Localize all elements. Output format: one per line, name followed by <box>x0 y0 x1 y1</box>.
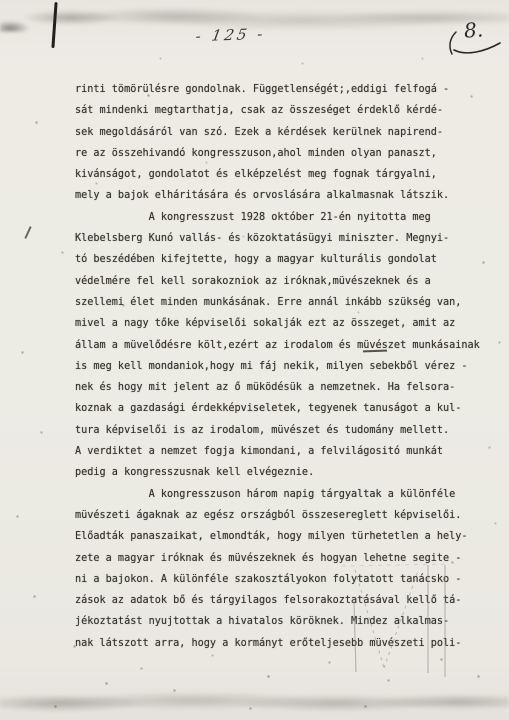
text-line: mely a bajok elháritására és orvoslására… <box>75 185 495 206</box>
text-line: müvészeti ágaknak az egész országból öss… <box>75 505 495 526</box>
text-line: sát mindenki megtarthatja, csak az össze… <box>75 100 495 121</box>
text-line: nek és hogy mit jelent az ő müködésük a … <box>75 377 495 398</box>
paper-speckles <box>0 0 1 1</box>
text-line: re az összehivandó kongresszuson,ahol mi… <box>75 143 495 164</box>
text-line: Klebelsberg Kunó vallás- és közoktatásüg… <box>75 228 495 249</box>
text-line: A kongresszuson három napig tárgyaltak a… <box>75 484 495 505</box>
handwritten-page-number: - 125 - <box>194 25 267 45</box>
text-line: védelmére fel kell sorakozniok az irókna… <box>75 271 495 292</box>
corner-page-number: 8. <box>446 16 504 60</box>
margin-pen-stroke <box>51 2 57 48</box>
scan-smudge-bottom <box>0 690 509 714</box>
margin-slash-mark <box>24 226 31 239</box>
text-line: mivel a nagy tőke képviselői sokalják ez… <box>75 313 495 334</box>
scanned-document-page: - 125 - 8. rinti tömörülésre gondolnak. … <box>0 0 509 720</box>
text-line: is meg kell mondaniok,hogy mi fáj nekik,… <box>75 356 495 377</box>
pen-flourish-icon <box>446 30 504 60</box>
text-line: koznak a gazdasági érdekképviseletek, te… <box>75 398 495 419</box>
watermark-vii-stamp <box>338 556 460 692</box>
text-line: állam a müvelődésre költ,ezért az irodal… <box>75 335 495 356</box>
text-line: pedig a kongresszusnak kell elvégeznie. <box>75 462 495 483</box>
text-line: tura képviselői is az irodalom, müvészet… <box>75 420 495 441</box>
text-line: szellemi élet minden munkásának. Erre an… <box>75 292 495 313</box>
text-line: Előadták panaszaikat, elmondták, hogy mi… <box>75 526 495 547</box>
text-line: sek megoldásáról van szó. Ezek a kérdése… <box>75 122 495 143</box>
text-line: kivánságot, gondolatot és elképzelést me… <box>75 164 495 185</box>
text-line: tó beszédében kifejtette, hogy a magyar … <box>75 249 495 270</box>
text-line: rinti tömörülésre gondolnak. Függetlensé… <box>75 79 495 100</box>
text-line: A kongresszust 1928 október 21-én nyitot… <box>75 207 495 228</box>
text-line: A verdiktet a nemzet fogja kimondani, a … <box>75 441 495 462</box>
